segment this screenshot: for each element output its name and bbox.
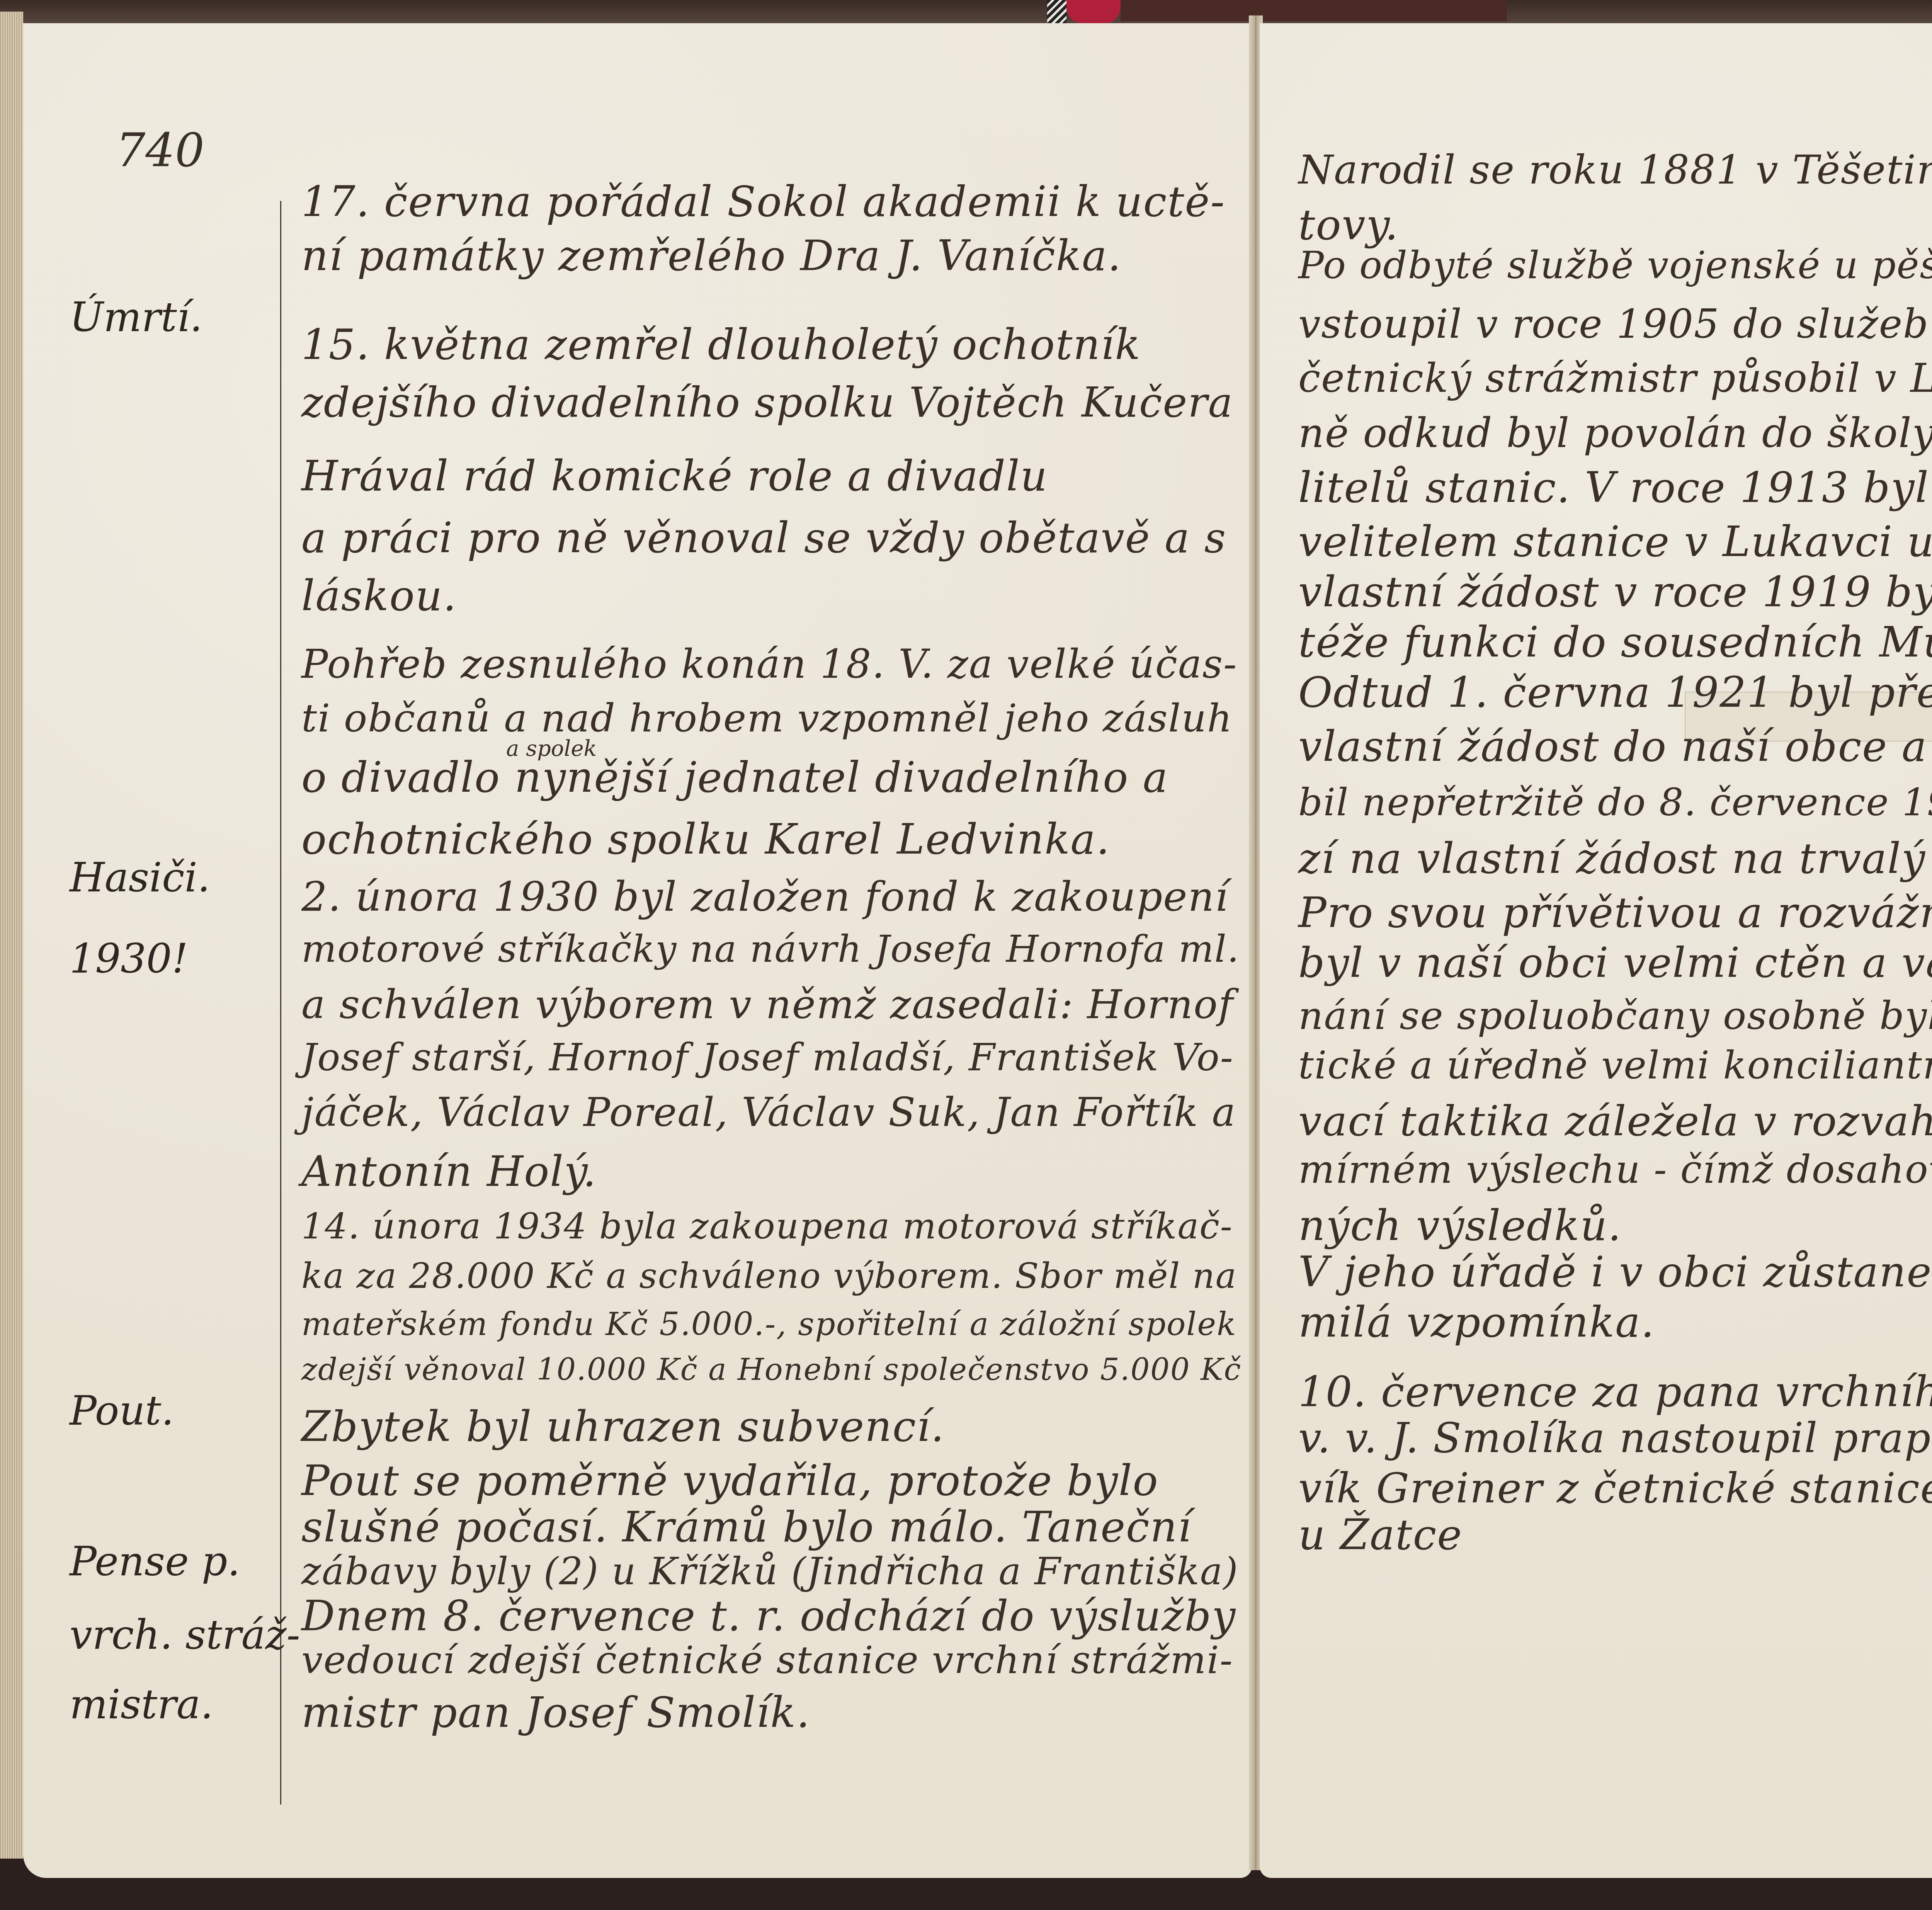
text-line: velitelem stanice v Lukavci u Tábora a n…	[1298, 518, 1932, 566]
text-line: zdejšího divadelního spolku Vojtěch Kuče…	[301, 379, 1233, 426]
margin-note: Hasiči.	[70, 854, 210, 901]
text-line: V jeho úřadě i v obci zůstane na něho	[1298, 1248, 1932, 1296]
page-stack-left	[0, 12, 23, 1859]
text-line: vík Greiner z četnické stanice Velká Čer…	[1298, 1464, 1932, 1512]
text-line: 14. února 1934 byla zakoupena motorová s…	[301, 1206, 1233, 1247]
text-line: láskou.	[301, 572, 457, 620]
text-line: 15. května zemřel dlouholetý ochotník	[301, 321, 1141, 369]
text-line: mistr pan Josef Smolík.	[301, 1689, 810, 1737]
text-line: tovy.	[1298, 201, 1399, 249]
text-line: jáček, Václav Poreal, Václav Suk, Jan Fo…	[301, 1090, 1236, 1136]
text-line: ní památky zemřelého Dra J. Vaníčka.	[301, 232, 1122, 280]
text-line: slušné počasí. Krámů bylo málo. Taneční	[301, 1503, 1192, 1551]
text-line: 10. července za pana vrchního strážmistr…	[1298, 1368, 1932, 1416]
text-line: Po odbyté službě vojenské u pěšího pluku…	[1298, 243, 1932, 287]
margin-note: Úmrtí.	[70, 294, 202, 341]
text-line: a schválen výborem v němž zasedali: Horn…	[301, 981, 1234, 1028]
text-line: u Žatce	[1298, 1511, 1463, 1559]
text-line: Pout se poměrně vydařila, protože bylo	[301, 1457, 1159, 1505]
text-line: ně odkud byl povolán do školy pro výcvik…	[1298, 410, 1932, 457]
text-line: tické a úředně velmi konciliantní. Jeho …	[1298, 1043, 1932, 1088]
text-line: byl v naší obci velmi ctěn a vážen. Jeho…	[1298, 939, 1932, 987]
text-line: ka za 28.000 Kč a schváleno výborem. Sbo…	[301, 1256, 1237, 1296]
text-line: Antonín Holý.	[301, 1148, 597, 1196]
text-line: a práci pro ně věnoval se vždy obětavě a…	[301, 514, 1226, 562]
text-line: Odtud 1. června 1921 byl přeložen na	[1298, 668, 1932, 717]
text-line: téže funkci do sousedních Mutějovic.	[1298, 618, 1932, 667]
text-line: zábavy byly (2) u Křížků (Jindřicha a Fr…	[301, 1549, 1238, 1593]
text-line: Pohřeb zesnulého konán 18. V. za velké ú…	[301, 641, 1238, 687]
text-line: Josef starší, Hornof Josef mladší, Frant…	[301, 1036, 1234, 1080]
text-line: mateřském fondu Kč 5.000.-, spořitelní a…	[301, 1306, 1237, 1343]
text-line: četnický strážmistr působil v Libušíně a…	[1298, 355, 1932, 401]
interlinear-insert: a spolek	[506, 736, 597, 761]
text-line: ochotnického spolku Karel Ledvinka.	[301, 815, 1110, 864]
margin-note: Pense p.	[70, 1538, 240, 1585]
text-line: 17. června pořádal Sokol akademii k uctě…	[301, 178, 1225, 226]
text-line: o divadlo nynější jednatel divadelního a	[301, 753, 1168, 802]
text-line: bil nepřetržitě do 8. července 1934, kdy…	[1298, 781, 1932, 825]
text-line: Hrával rád komické role a divadlu	[301, 452, 1048, 500]
headband-red	[1066, 0, 1121, 23]
text-line: Narodil se roku 1881 v Těšetinech okres …	[1298, 147, 1932, 193]
text-line: zí na vlastní žádost na trvalý odpočinek…	[1298, 835, 1932, 883]
text-line: Zbytek byl uhrazen subvencí.	[301, 1403, 945, 1451]
margin-note: Pout.	[70, 1387, 174, 1434]
text-line: ných výsledků.	[1298, 1202, 1622, 1250]
margin-note: vrch. stráž-	[70, 1611, 300, 1658]
page-number-left: 740	[116, 124, 204, 177]
text-line: vedoucí zdejší četnické stanice vrchní s…	[301, 1638, 1233, 1682]
text-line: ti občanů a nad hrobem vzpomněl jeho zás…	[301, 696, 1233, 741]
text-line: vstoupil v roce 1905 do služeb četnictva…	[1298, 301, 1932, 347]
text-line: 2. února 1930 byl založen fond k zakoupe…	[301, 873, 1229, 920]
margin-note: mistra.	[70, 1681, 213, 1728]
text-line: vlastní žádost do naší obce a zde půso-	[1298, 723, 1932, 771]
text-line: motorové stříkačky na návrh Josefa Horno…	[301, 927, 1240, 971]
bookmark-ribbon-striped	[1047, 0, 1066, 23]
book-cover-top	[1121, 0, 1507, 21]
text-line: nání se spoluobčany osobně bylo velmi sy…	[1298, 993, 1932, 1038]
text-line: vlastní žádost v roce 1919 byl přemístěn…	[1298, 568, 1932, 616]
text-line: v. v. J. Smolíka nastoupil praporčík pan…	[1298, 1414, 1932, 1462]
text-line: Dnem 8. července t. r. odchází do výsluž…	[301, 1592, 1236, 1640]
text-line: Pro svou přívětivou a rozvážnou povahu	[1298, 889, 1932, 937]
text-line: vací taktika záležela v rozvahově klidné…	[1298, 1097, 1932, 1145]
text-line: zdejší věnoval 10.000 Kč a Honební spole…	[301, 1352, 1242, 1387]
text-line: litelů stanic. V roce 1913 byl jmenován	[1298, 464, 1932, 512]
margin-note: 1930!	[70, 935, 188, 982]
text-line: mírném výslechu - čímž dosahoval zhusta …	[1298, 1148, 1932, 1192]
left-margin-rule	[280, 201, 281, 1805]
text-line: milá vzpomínka.	[1298, 1298, 1655, 1347]
